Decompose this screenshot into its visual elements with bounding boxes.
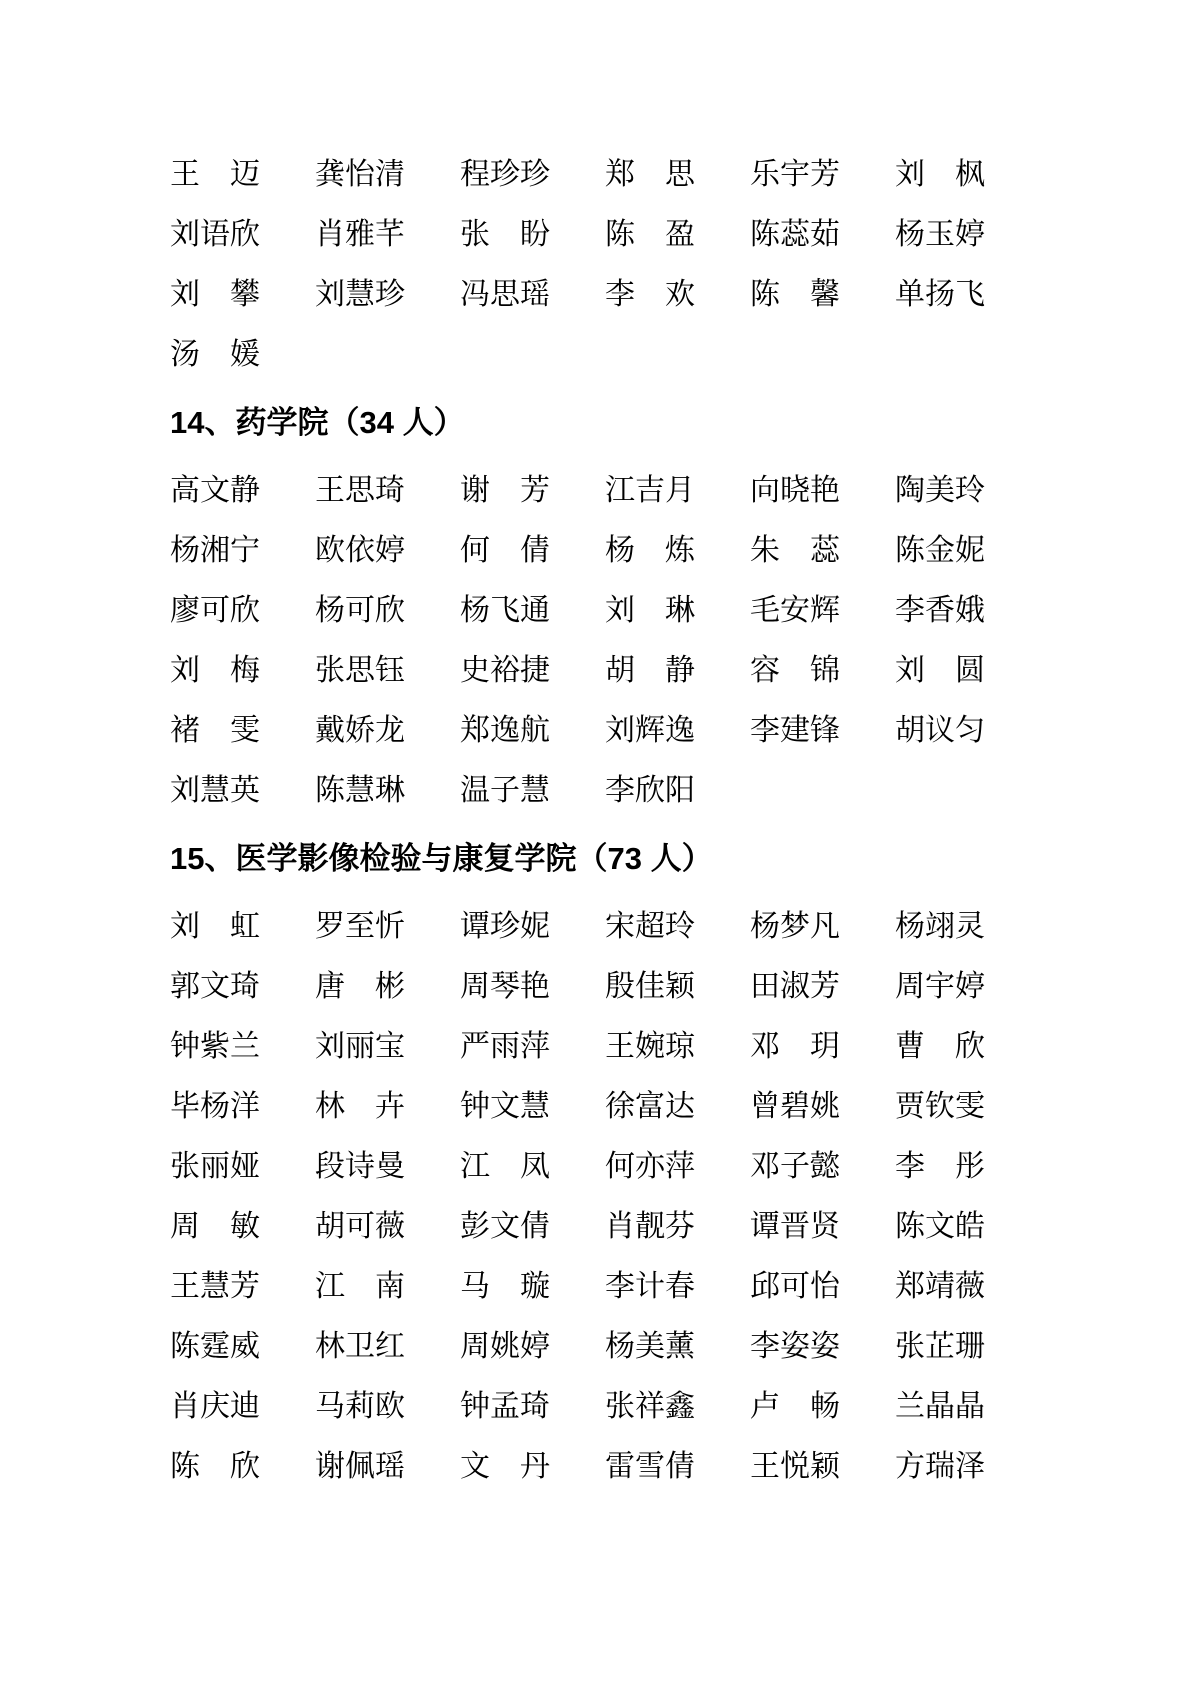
- name-cell: 陈金妮: [895, 521, 988, 581]
- name-cell: 周琴艳: [460, 957, 553, 1017]
- name-row: 陈霆威林卫红周姚婷杨美薰李姿姿张芷珊: [170, 1317, 1191, 1377]
- name-cell: 郭文琦: [170, 957, 263, 1017]
- name-cell: 李姿姿: [750, 1317, 843, 1377]
- name-cell: 唐 彬: [315, 957, 408, 1017]
- name-cell: 殷佳颖: [605, 957, 698, 1017]
- name-row: 刘慧英陈慧琳温子慧李欣阳: [170, 761, 1191, 821]
- name-row: 肖庆迪马莉欧钟孟琦张祥鑫卢 畅兰晶晶: [170, 1377, 1191, 1437]
- name-cell: 谢佩瑶: [315, 1437, 408, 1497]
- name-cell: 褚 雯: [170, 701, 263, 761]
- name-cell: 容 锦: [750, 641, 843, 701]
- name-cell: 肖雅芊: [315, 205, 408, 265]
- name-cell: 张丽娅: [170, 1137, 263, 1197]
- name-cell: 杨梦凡: [750, 897, 843, 957]
- name-cell: 向晓艳: [750, 461, 843, 521]
- name-cell: 田淑芳: [750, 957, 843, 1017]
- section: 15、医学影像检验与康复学院（73 人）刘 虹罗至忻谭珍妮宋超玲杨梦凡杨翊灵郭文…: [170, 829, 1191, 1497]
- name-cell: 张祥鑫: [605, 1377, 698, 1437]
- name-cell: 段诗曼: [315, 1137, 408, 1197]
- name-cell: 朱 蕊: [750, 521, 843, 581]
- name-cell: 何亦萍: [605, 1137, 698, 1197]
- name-cell: 单扬飞: [895, 265, 988, 325]
- name-cell: 兰晶晶: [895, 1377, 988, 1437]
- name-cell: 刘 圆: [895, 641, 988, 701]
- name-cell: 毛安辉: [750, 581, 843, 641]
- name-row: 刘 虹罗至忻谭珍妮宋超玲杨梦凡杨翊灵: [170, 897, 1191, 957]
- name-cell: 王慧芳: [170, 1257, 263, 1317]
- name-cell: 曾碧姚: [750, 1077, 843, 1137]
- name-cell: 陈霆威: [170, 1317, 263, 1377]
- name-row: 高文静王思琦谢 芳江吉月向晓艳陶美玲: [170, 461, 1191, 521]
- name-cell: 马 璇: [460, 1257, 553, 1317]
- section: 王 迈龚怡清程珍珍郑 思乐宇芳刘 枫刘语欣肖雅芊张 盼陈 盈陈蕊茹杨玉婷刘 攀刘…: [170, 145, 1191, 385]
- name-cell: 杨美薰: [605, 1317, 698, 1377]
- section: 14、药学院（34 人）高文静王思琦谢 芳江吉月向晓艳陶美玲杨湘宁欧依婷何 倩杨…: [170, 393, 1191, 821]
- name-cell: 郑 思: [605, 145, 698, 205]
- name-cell: 曹 欣: [895, 1017, 988, 1077]
- name-cell: 李欣阳: [605, 761, 698, 821]
- name-cell: 肖靓芬: [605, 1197, 698, 1257]
- section-heading: 14、药学院（34 人）: [170, 393, 1191, 453]
- name-cell: 龚怡清: [315, 145, 408, 205]
- name-cell: 方瑞泽: [895, 1437, 988, 1497]
- name-cell: 程珍珍: [460, 145, 553, 205]
- name-cell: 杨可欣: [315, 581, 408, 641]
- name-cell: 王悦颖: [750, 1437, 843, 1497]
- name-cell: 罗至忻: [315, 897, 408, 957]
- name-cell: 刘慧珍: [315, 265, 408, 325]
- name-cell: 邱可怡: [750, 1257, 843, 1317]
- name-row: 廖可欣杨可欣杨飞通刘 琳毛安辉李香娥: [170, 581, 1191, 641]
- name-cell: 刘 梅: [170, 641, 263, 701]
- name-cell: 李 欢: [605, 265, 698, 325]
- name-cell: 文 丹: [460, 1437, 553, 1497]
- name-cell: 刘辉逸: [605, 701, 698, 761]
- name-cell: 郑逸航: [460, 701, 553, 761]
- name-row: 杨湘宁欧依婷何 倩杨 炼朱 蕊陈金妮: [170, 521, 1191, 581]
- name-cell: 张芷珊: [895, 1317, 988, 1377]
- name-cell: 张 盼: [460, 205, 553, 265]
- name-cell: 杨翊灵: [895, 897, 988, 957]
- name-cell: 谭珍妮: [460, 897, 553, 957]
- name-cell: 刘丽宝: [315, 1017, 408, 1077]
- name-cell: 钟孟琦: [460, 1377, 553, 1437]
- name-row: 王 迈龚怡清程珍珍郑 思乐宇芳刘 枫: [170, 145, 1191, 205]
- name-list: 王 迈龚怡清程珍珍郑 思乐宇芳刘 枫刘语欣肖雅芊张 盼陈 盈陈蕊茹杨玉婷刘 攀刘…: [0, 0, 1191, 1497]
- name-row: 周 敏胡可薇彭文倩肖靓芬谭晋贤陈文皓: [170, 1197, 1191, 1257]
- name-cell: 欧依婷: [315, 521, 408, 581]
- name-cell: 陈蕊茹: [750, 205, 843, 265]
- name-cell: 周 敏: [170, 1197, 263, 1257]
- name-cell: 冯思瑶: [460, 265, 553, 325]
- name-cell: 胡议匀: [895, 701, 988, 761]
- name-cell: 陶美玲: [895, 461, 988, 521]
- name-cell: 谭晋贤: [750, 1197, 843, 1257]
- name-cell: 王 迈: [170, 145, 263, 205]
- name-cell: 林 卉: [315, 1077, 408, 1137]
- name-row: 褚 雯戴娇龙郑逸航刘辉逸李建锋胡议匀: [170, 701, 1191, 761]
- name-row: 张丽娅段诗曼江 凤何亦萍邓子懿李 彤: [170, 1137, 1191, 1197]
- name-cell: 刘语欣: [170, 205, 263, 265]
- name-cell: 毕杨洋: [170, 1077, 263, 1137]
- name-cell: 杨飞通: [460, 581, 553, 641]
- name-cell: 乐宇芳: [750, 145, 843, 205]
- name-cell: 刘 虹: [170, 897, 263, 957]
- name-row: 钟紫兰刘丽宝严雨萍王婉琼邓 玥曹 欣: [170, 1017, 1191, 1077]
- name-cell: 林卫红: [315, 1317, 408, 1377]
- name-cell: 郑靖薇: [895, 1257, 988, 1317]
- name-cell: 贾钦雯: [895, 1077, 988, 1137]
- name-cell: 江 南: [315, 1257, 408, 1317]
- name-cell: 温子慧: [460, 761, 553, 821]
- name-cell: 廖可欣: [170, 581, 263, 641]
- name-cell: 陈慧琳: [315, 761, 408, 821]
- name-cell: 何 倩: [460, 521, 553, 581]
- name-cell: 汤 媛: [170, 325, 263, 385]
- name-cell: 戴娇龙: [315, 701, 408, 761]
- name-cell: 肖庆迪: [170, 1377, 263, 1437]
- name-row: 王慧芳江 南马 璇李计春邱可怡郑靖薇: [170, 1257, 1191, 1317]
- name-cell: 陈 盈: [605, 205, 698, 265]
- name-cell: 陈 欣: [170, 1437, 263, 1497]
- name-row: 毕杨洋林 卉钟文慧徐富达曾碧姚贾钦雯: [170, 1077, 1191, 1137]
- name-row: 刘 攀刘慧珍冯思瑶李 欢陈 馨单扬飞: [170, 265, 1191, 325]
- name-row: 郭文琦唐 彬周琴艳殷佳颖田淑芳周宇婷: [170, 957, 1191, 1017]
- name-cell: 陈文皓: [895, 1197, 988, 1257]
- name-cell: 高文静: [170, 461, 263, 521]
- name-row: 汤 媛: [170, 325, 1191, 385]
- name-cell: 李建锋: [750, 701, 843, 761]
- name-cell: 谢 芳: [460, 461, 553, 521]
- name-cell: 刘 攀: [170, 265, 263, 325]
- name-cell: 雷雪倩: [605, 1437, 698, 1497]
- name-cell: 刘 琳: [605, 581, 698, 641]
- name-cell: 杨玉婷: [895, 205, 988, 265]
- name-cell: 严雨萍: [460, 1017, 553, 1077]
- name-cell: 卢 畅: [750, 1377, 843, 1437]
- name-cell: 王婉琼: [605, 1017, 698, 1077]
- section-heading: 15、医学影像检验与康复学院（73 人）: [170, 829, 1191, 889]
- name-cell: 刘 枫: [895, 145, 988, 205]
- name-cell: 刘慧英: [170, 761, 263, 821]
- name-cell: 周姚婷: [460, 1317, 553, 1377]
- name-cell: 史裕捷: [460, 641, 553, 701]
- name-cell: 周宇婷: [895, 957, 988, 1017]
- document-page: 王 迈龚怡清程珍珍郑 思乐宇芳刘 枫刘语欣肖雅芊张 盼陈 盈陈蕊茹杨玉婷刘 攀刘…: [0, 0, 1191, 1684]
- name-cell: 张思钰: [315, 641, 408, 701]
- name-cell: 江吉月: [605, 461, 698, 521]
- name-cell: 江 凤: [460, 1137, 553, 1197]
- name-row: 刘语欣肖雅芊张 盼陈 盈陈蕊茹杨玉婷: [170, 205, 1191, 265]
- name-cell: 李香娥: [895, 581, 988, 641]
- name-cell: 王思琦: [315, 461, 408, 521]
- name-cell: 宋超玲: [605, 897, 698, 957]
- name-cell: 徐富达: [605, 1077, 698, 1137]
- name-cell: 彭文倩: [460, 1197, 553, 1257]
- name-cell: 胡可薇: [315, 1197, 408, 1257]
- name-cell: 陈 馨: [750, 265, 843, 325]
- name-cell: 杨 炼: [605, 521, 698, 581]
- name-cell: 马莉欧: [315, 1377, 408, 1437]
- name-cell: 李 彤: [895, 1137, 988, 1197]
- name-cell: 杨湘宁: [170, 521, 263, 581]
- name-cell: 邓子懿: [750, 1137, 843, 1197]
- name-row: 刘 梅张思钰史裕捷胡 静容 锦刘 圆: [170, 641, 1191, 701]
- name-cell: 钟文慧: [460, 1077, 553, 1137]
- name-row: 陈 欣谢佩瑶文 丹雷雪倩王悦颖方瑞泽: [170, 1437, 1191, 1497]
- name-cell: 钟紫兰: [170, 1017, 263, 1077]
- name-cell: 邓 玥: [750, 1017, 843, 1077]
- name-cell: 胡 静: [605, 641, 698, 701]
- name-cell: 李计春: [605, 1257, 698, 1317]
